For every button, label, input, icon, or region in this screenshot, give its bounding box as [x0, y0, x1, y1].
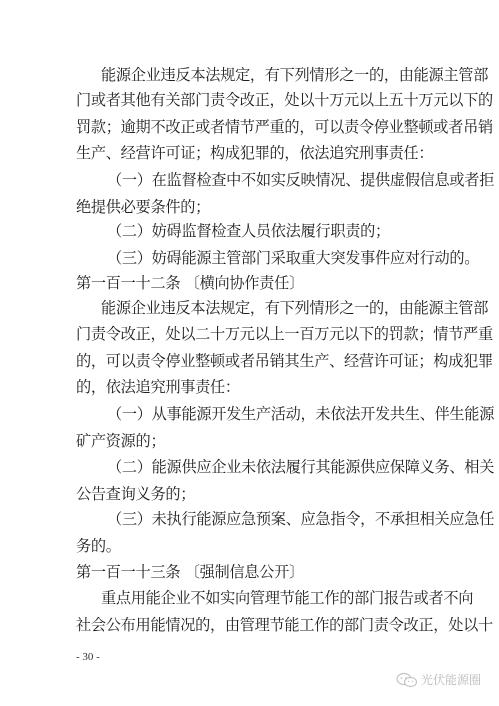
article-heading: 第一百一十二条 〔横向协作责任〕: [76, 274, 424, 292]
page-number: - 30 -: [76, 651, 100, 663]
list-item-line: （三）未执行能源应急预案、应急指令，不承担相关应急任: [107, 510, 424, 528]
text-line: 能源企业违反本法规定，有下列情形之一的，由能源主管部: [101, 299, 424, 317]
text-line: 公告查询义务的；: [76, 485, 424, 503]
text-line: 重点用能企业不如实向管理节能工作的部门报告或者不向: [101, 589, 424, 607]
article-heading: 第一百一十三条 〔强制信息公开〕: [76, 563, 424, 581]
watermark: 光伏能源圈: [396, 671, 481, 688]
list-item-line: （二）妨碍监督检查人员依法履行职责的；: [107, 222, 424, 240]
wechat-icon: [396, 672, 418, 688]
text-line: 能源企业违反本法规定，有下列情形之一的，由能源主管部: [101, 66, 424, 84]
text-line: 的，依法追究刑事责任：: [76, 378, 424, 396]
text-line: 生产、经营许可证；构成犯罪的，依法追究刑事责任：: [76, 144, 424, 162]
text-line: 罚款；逾期不改正或者情节严重的，可以责令停业整顿或者吊销: [76, 118, 424, 136]
text-line: 绝提供必要条件的；: [76, 198, 424, 216]
list-item-line: （一）在监督检查中不如实反映情况、提供虚假信息或者拒: [107, 171, 424, 189]
text-line: 社会公布用能情况的，由管理节能工作的部门责令改正，处以十: [76, 616, 424, 634]
text-line: 的，可以责令停业整顿或者吊销其生产、经营许可证；构成犯罪: [76, 352, 424, 370]
list-item-line: （二）能源供应企业未依法履行其能源供应保障义务、相关: [107, 458, 424, 476]
document-page: 能源企业违反本法规定，有下列情形之一的，由能源主管部 门或者其他有关部门责令改正…: [0, 0, 499, 706]
list-item-line: （一）从事能源开发生产活动，未依法开发共生、伴生能源: [107, 405, 424, 423]
text-line: 门或者其他有关部门责令改正，处以十万元以上五十万元以下的: [76, 91, 424, 109]
text-line: 务的。: [76, 537, 424, 555]
watermark-text: 光伏能源圈: [421, 671, 481, 688]
text-line: 门责令改正，处以二十万元以上一百万元以下的罚款；情节严重: [76, 325, 424, 343]
text-line: 矿产资源的；: [76, 432, 424, 450]
list-item-line: （三）妨碍能源主管部门采取重大突发事件应对行动的。: [107, 249, 424, 267]
